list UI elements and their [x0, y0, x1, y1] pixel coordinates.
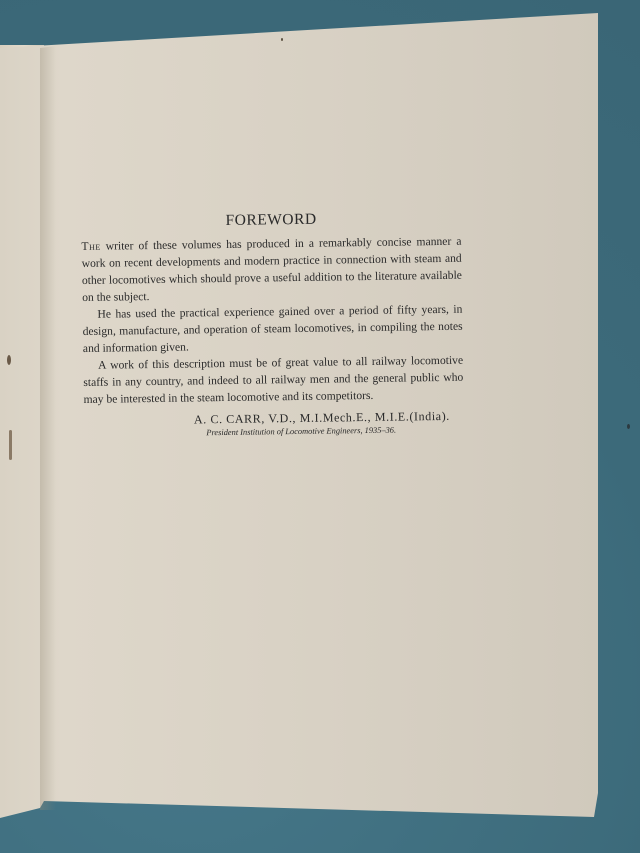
- paragraph-3: A work of this description must be of gr…: [83, 352, 464, 408]
- paragraph-lead-word: The: [81, 240, 100, 253]
- paragraph-1-text: writer of these volumes has produced in …: [82, 235, 462, 304]
- paragraph-2: He has used the practical experience gai…: [82, 301, 463, 357]
- spine-mark: [7, 355, 11, 365]
- paper-speck: [627, 424, 630, 429]
- paper-speck: [281, 38, 283, 41]
- foreword-content: FOREWORD The writer of these volumes has…: [81, 209, 464, 439]
- paragraph-1: The writer of these volumes has produced…: [81, 233, 462, 306]
- spine-mark: [9, 430, 12, 460]
- page-gutter-shadow: [40, 40, 56, 810]
